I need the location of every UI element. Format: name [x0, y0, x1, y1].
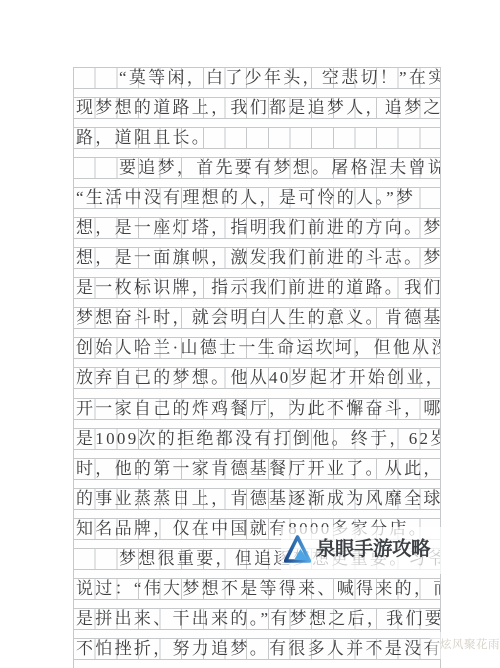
- essay-line-text: 要追梦，首先要有梦想。屠格涅夫曾说：: [74, 158, 440, 178]
- row-cells: 说过：“伟大梦想不是等得来、喊得来的，而: [74, 578, 440, 600]
- paper-row: 是一枚标识牌，指示我们前进的道路。我们为: [74, 277, 440, 307]
- row-cells: 想，是一面旗帜，激发我们前进的斗志。梦想: [74, 247, 440, 269]
- essay-line-text: 是1009次的拒绝都没有打倒他。终于，62岁: [74, 429, 440, 449]
- paper-row: 想，是一座灯塔，指明我们前进的方向。梦: [74, 217, 440, 247]
- corner-watermark-text: 炫风聚花雨: [440, 638, 500, 652]
- row-cells: 放弃自己的梦想。他从40岁起才开始创业，想: [74, 367, 440, 389]
- paper-row: 是1009次的拒绝都没有打倒他。终于，62岁: [74, 428, 440, 458]
- essay-line-text: 的事业蒸蒸日上，肯德基逐渐成为风靡全球的: [74, 489, 440, 509]
- essay-line-text: 想，是一面旗帜，激发我们前进的斗志。梦想: [74, 248, 440, 268]
- essay-line-text: 时，他的第一家肯德基餐厅开业了。从此，他: [74, 459, 440, 479]
- essay-line-text: “莫等闲，白了少年头，空悲切！”在实: [74, 68, 440, 88]
- paper-row: 说过：“伟大梦想不是等得来、喊得来的，而: [74, 578, 440, 608]
- paper-row: 想，是一面旗帜，激发我们前进的斗志。梦想: [74, 247, 440, 277]
- paper-row: 放弃自己的梦想。他从40岁起才开始创业，想: [74, 367, 440, 397]
- paper-row: 开一家自己的炸鸡餐厅，为此不懈奋斗，哪怕: [74, 398, 440, 428]
- row-cells: 不怕挫折，努力追梦。有很多人并不是没有梦: [74, 638, 440, 660]
- paper-row: 不怕挫折，努力追梦。有很多人并不是没有梦: [74, 638, 440, 668]
- row-cells: 是1009次的拒绝都没有打倒他。终于，62岁: [74, 428, 440, 450]
- row-cells: “生活中没有理想的人，是可怜的人。”梦: [74, 187, 440, 209]
- paper-row: 时，他的第一家肯德基餐厅开业了。从此，他: [74, 458, 440, 488]
- essay-line-text: 放弃自己的梦想。他从40岁起才开始创业，想: [74, 368, 440, 388]
- triangle-mountain-logo-icon: [284, 534, 311, 564]
- essay-line-text: 想，是一座灯塔，指明我们前进的方向。梦: [74, 218, 440, 238]
- row-cells: 是拼出来、干出来的。”有梦想之后，我们要: [74, 608, 440, 630]
- brand-watermark: 泉眼手游攻略: [284, 534, 430, 564]
- paper-row: 是拼出来、干出来的。”有梦想之后，我们要: [74, 608, 440, 638]
- row-cells: 开一家自己的炸鸡餐厅，为此不懈奋斗，哪怕: [74, 398, 440, 420]
- essay-line-text: 开一家自己的炸鸡餐厅，为此不懈奋斗，哪怕: [74, 399, 440, 419]
- row-cells: 是一枚标识牌，指示我们前进的道路。我们为: [74, 277, 440, 299]
- essay-line-text: 说过：“伟大梦想不是等得来、喊得来的，而: [74, 579, 440, 599]
- essay-line-text: 梦想奋斗时，就会明白人生的意义。肯德基的: [74, 308, 440, 328]
- paper-row: 现梦想的道路上，我们都是追梦人，追梦之: [74, 97, 440, 127]
- row-cells: 要追梦，首先要有梦想。屠格涅夫曾说：: [74, 157, 440, 179]
- row-cells: 梦想奋斗时，就会明白人生的意义。肯德基的: [74, 307, 440, 329]
- row-cells: 创始人哈兰·山德士一生命运坎坷，但他从没: [74, 337, 440, 359]
- essay-line-text: 路，道阻且长。: [74, 128, 440, 148]
- essay-line-text: “生活中没有理想的人，是可怜的人。”梦: [74, 188, 440, 208]
- essay-line-text: 创始人哈兰·山德士一生命运坎坷，但他从没: [74, 338, 440, 358]
- row-cells: 现梦想的道路上，我们都是追梦人，追梦之: [74, 97, 440, 119]
- essay-line-text: 是拼出来、干出来的。”有梦想之后，我们要: [74, 609, 440, 629]
- row-cells: 的事业蒸蒸日上，肯德基逐渐成为风靡全球的: [74, 488, 440, 510]
- row-cells: “莫等闲，白了少年头，空悲切！”在实: [74, 67, 440, 89]
- row-cells: 想，是一座灯塔，指明我们前进的方向。梦: [74, 217, 440, 239]
- paper-row: 创始人哈兰·山德士一生命运坎坷，但他从没: [74, 337, 440, 367]
- paper-row: “莫等闲，白了少年头，空悲切！”在实: [74, 67, 440, 97]
- paper-row: 梦想奋斗时，就会明白人生的意义。肯德基的: [74, 307, 440, 337]
- essay-line-text: 不怕挫折，努力追梦。有很多人并不是没有梦: [74, 639, 440, 659]
- essay-line-text: 是一枚标识牌，指示我们前进的道路。我们为: [74, 278, 440, 298]
- paper-row: 路，道阻且长。: [74, 127, 440, 157]
- row-cells: 路，道阻且长。: [74, 127, 440, 149]
- row-cells: 时，他的第一家肯德基餐厅开业了。从此，他: [74, 458, 440, 480]
- paper-row: 的事业蒸蒸日上，肯德基逐渐成为风靡全球的: [74, 488, 440, 518]
- essay-line-text: 现梦想的道路上，我们都是追梦人，追梦之: [74, 98, 440, 118]
- brand-watermark-text: 泉眼手游攻略: [316, 534, 430, 564]
- composition-paper: “莫等闲，白了少年头，空悲切！”在实 现梦想的道路上，我们都是追梦人，追梦之 路…: [73, 67, 441, 668]
- paper-row: 要追梦，首先要有梦想。屠格涅夫曾说：: [74, 157, 440, 187]
- paper-row: “生活中没有理想的人，是可怜的人。”梦: [74, 187, 440, 217]
